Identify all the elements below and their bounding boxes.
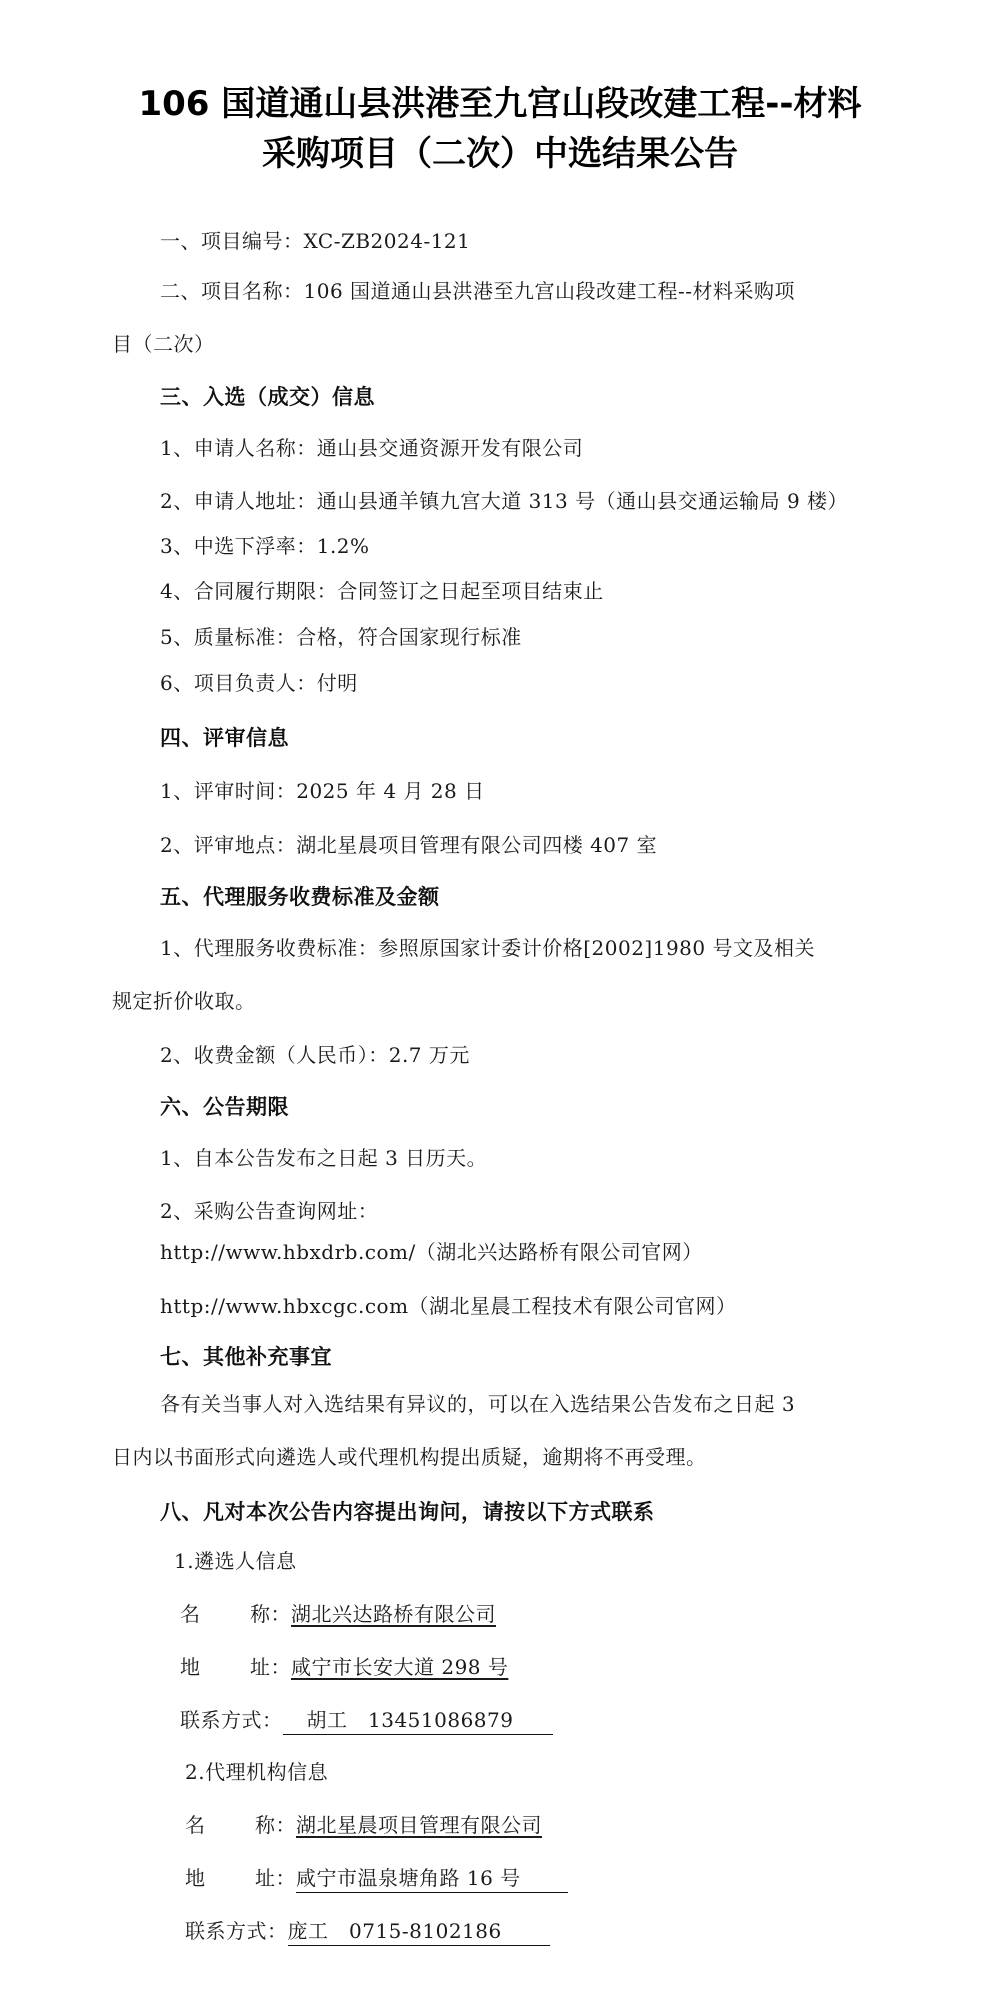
selector-name-row: 名称：湖北兴达路桥有限公司	[180, 1598, 496, 1627]
selector-contact-row: 联系方式：胡工 13451086879	[180, 1704, 553, 1735]
agency-info-heading: 2.代理机构信息	[185, 1756, 328, 1785]
agency-name-label-a: 名	[185, 1809, 255, 1838]
agency-name-value: 湖北星晨项目管理有限公司	[296, 1813, 542, 1837]
fee-amount: 2、收费金额（人民币）：2.7 万元	[160, 1039, 470, 1068]
project-name-line-1: 二、项目名称：106 国道通山县洪港至九宫山段改建工程--材料采购项	[160, 275, 795, 304]
announcement-page: 106 国道通山县洪港至九宫山段改建工程--材料 采购项目（二次）中选结果公告 …	[0, 0, 1000, 2001]
query-url-label: 2、采购公告查询网址：	[160, 1195, 378, 1224]
agency-name-label-b: 称：	[255, 1813, 296, 1837]
review-location: 2、评审地点：湖北星晨项目管理有限公司四楼 407 室	[160, 829, 657, 858]
selector-address-row: 地址：咸宁市长安大道 298 号	[180, 1651, 508, 1680]
agency-address-label-b: 址：	[255, 1866, 296, 1890]
agency-contact-row: 联系方式：庞工 0715-8102186	[185, 1915, 550, 1946]
selector-name-label-a: 名	[180, 1598, 250, 1627]
query-url-2-row: http://www.hbxcgc.com（湖北星晨工程技术有限公司官网）	[160, 1290, 737, 1319]
selector-name-value: 湖北兴达路桥有限公司	[291, 1602, 496, 1626]
selector-name-label-b: 称：	[250, 1602, 291, 1626]
selector-address-label-b: 址：	[250, 1655, 291, 1679]
agency-name-row: 名称：湖北星晨项目管理有限公司	[185, 1809, 542, 1838]
review-time: 1、评审时间：2025 年 4 月 28 日	[160, 775, 485, 804]
fee-standard-line-1: 1、代理服务收费标准：参照原国家计委计价格[2002]1980 号文及相关	[160, 932, 815, 961]
section-heading-agency-fee: 五、代理服务收费标准及金额	[160, 881, 440, 911]
section-heading-other-matters: 七、其他补充事宜	[160, 1341, 332, 1371]
project-name-line-2: 目（二次）	[112, 328, 215, 357]
section-heading-selection-info: 三、入选（成交）信息	[160, 381, 375, 411]
query-url-1-link[interactable]: http://www.hbxdrb.com/	[160, 1240, 416, 1264]
selector-info-heading: 1.遴选人信息	[174, 1545, 297, 1574]
section-heading-contact: 八、凡对本次公告内容提出询问，请按以下方式联系	[160, 1496, 655, 1526]
agency-contact-value: 庞工 0715-8102186	[288, 1915, 550, 1946]
discount-rate: 3、中选下浮率：1.2%	[160, 530, 370, 559]
agency-contact-label: 联系方式：	[185, 1919, 288, 1943]
document-title-line-1: 106 国道通山县洪港至九宫山段改建工程--材料	[0, 76, 1000, 125]
contract-period: 4、合同履行期限：合同签订之日起至项目结束止	[160, 575, 604, 604]
objection-paragraph-line-2: 日内以书面形式向遴选人或代理机构提出质疑，逾期将不再受理。	[112, 1441, 707, 1470]
agency-address-label-a: 地	[185, 1862, 255, 1891]
quality-standard: 5、质量标准：合格，符合国家现行标准	[160, 621, 522, 650]
query-url-2-note: （湖北星晨工程技术有限公司官网）	[409, 1294, 737, 1318]
fee-standard-line-2: 规定折价收取。	[112, 985, 256, 1014]
project-number: 一、项目编号：XC-ZB2024-121	[160, 225, 470, 254]
document-title-line-2: 采购项目（二次）中选结果公告	[0, 126, 1000, 175]
agency-address-row: 地址：咸宁市温泉塘角路 16 号	[185, 1862, 568, 1893]
applicant-address: 2、申请人地址：通山县通羊镇九宫大道 313 号（通山县交通运输局 9 楼）	[160, 485, 848, 514]
project-lead: 6、项目负责人：付明	[160, 667, 358, 696]
selector-address-value: 咸宁市长安大道 298 号	[291, 1655, 508, 1679]
objection-paragraph-line-1: 各有关当事人对入选结果有异议的，可以在入选结果公告发布之日起 3	[160, 1388, 795, 1417]
selector-address-label-a: 地	[180, 1651, 250, 1680]
selector-contact-label: 联系方式：	[180, 1708, 283, 1732]
query-url-2-link[interactable]: http://www.hbxcgc.com	[160, 1294, 409, 1318]
section-heading-review-info: 四、评审信息	[160, 722, 289, 752]
selector-contact-value: 胡工 13451086879	[283, 1704, 553, 1735]
query-url-1-row: http://www.hbxdrb.com/（湖北兴达路桥有限公司官网）	[160, 1236, 703, 1265]
query-url-1-note: （湖北兴达路桥有限公司官网）	[416, 1240, 703, 1264]
section-heading-announcement-period: 六、公告期限	[160, 1091, 289, 1121]
agency-address-value: 咸宁市温泉塘角路 16 号	[296, 1862, 568, 1893]
announcement-period: 1、自本公告发布之日起 3 日历天。	[160, 1142, 487, 1171]
applicant-name: 1、申请人名称：通山县交通资源开发有限公司	[160, 432, 583, 461]
